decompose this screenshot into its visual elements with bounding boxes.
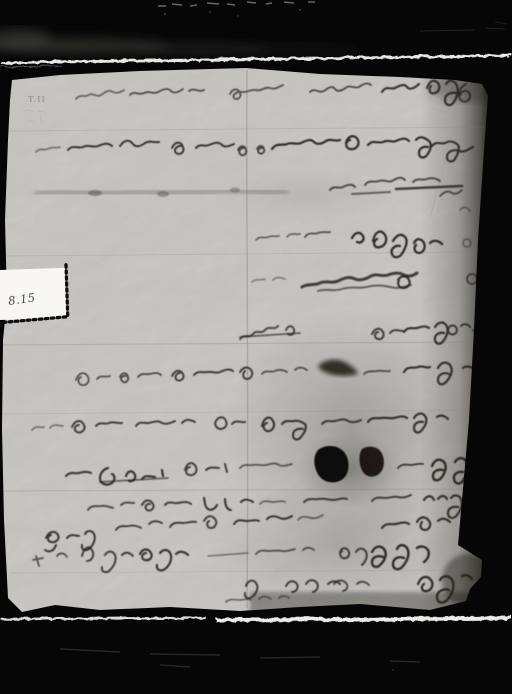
ink-blots xyxy=(295,432,405,508)
manuscript-page: T.II xyxy=(0,60,512,620)
ink-blot-right xyxy=(359,447,383,477)
top-tear-line xyxy=(0,54,511,66)
manuscript-photo: T.II 8.15 xyxy=(0,0,512,694)
top-speckle-artifact xyxy=(158,2,315,17)
margin-scratches-bottom xyxy=(60,649,420,671)
bottom-tear-line xyxy=(0,617,511,619)
margin-streaks-top-right xyxy=(420,22,507,31)
corner-marking-text: T.II xyxy=(28,95,46,105)
archive-label: 8.15 xyxy=(0,265,69,324)
margin-mottle-band xyxy=(0,28,360,55)
photo-frame: T.II 8.15 xyxy=(0,0,512,694)
